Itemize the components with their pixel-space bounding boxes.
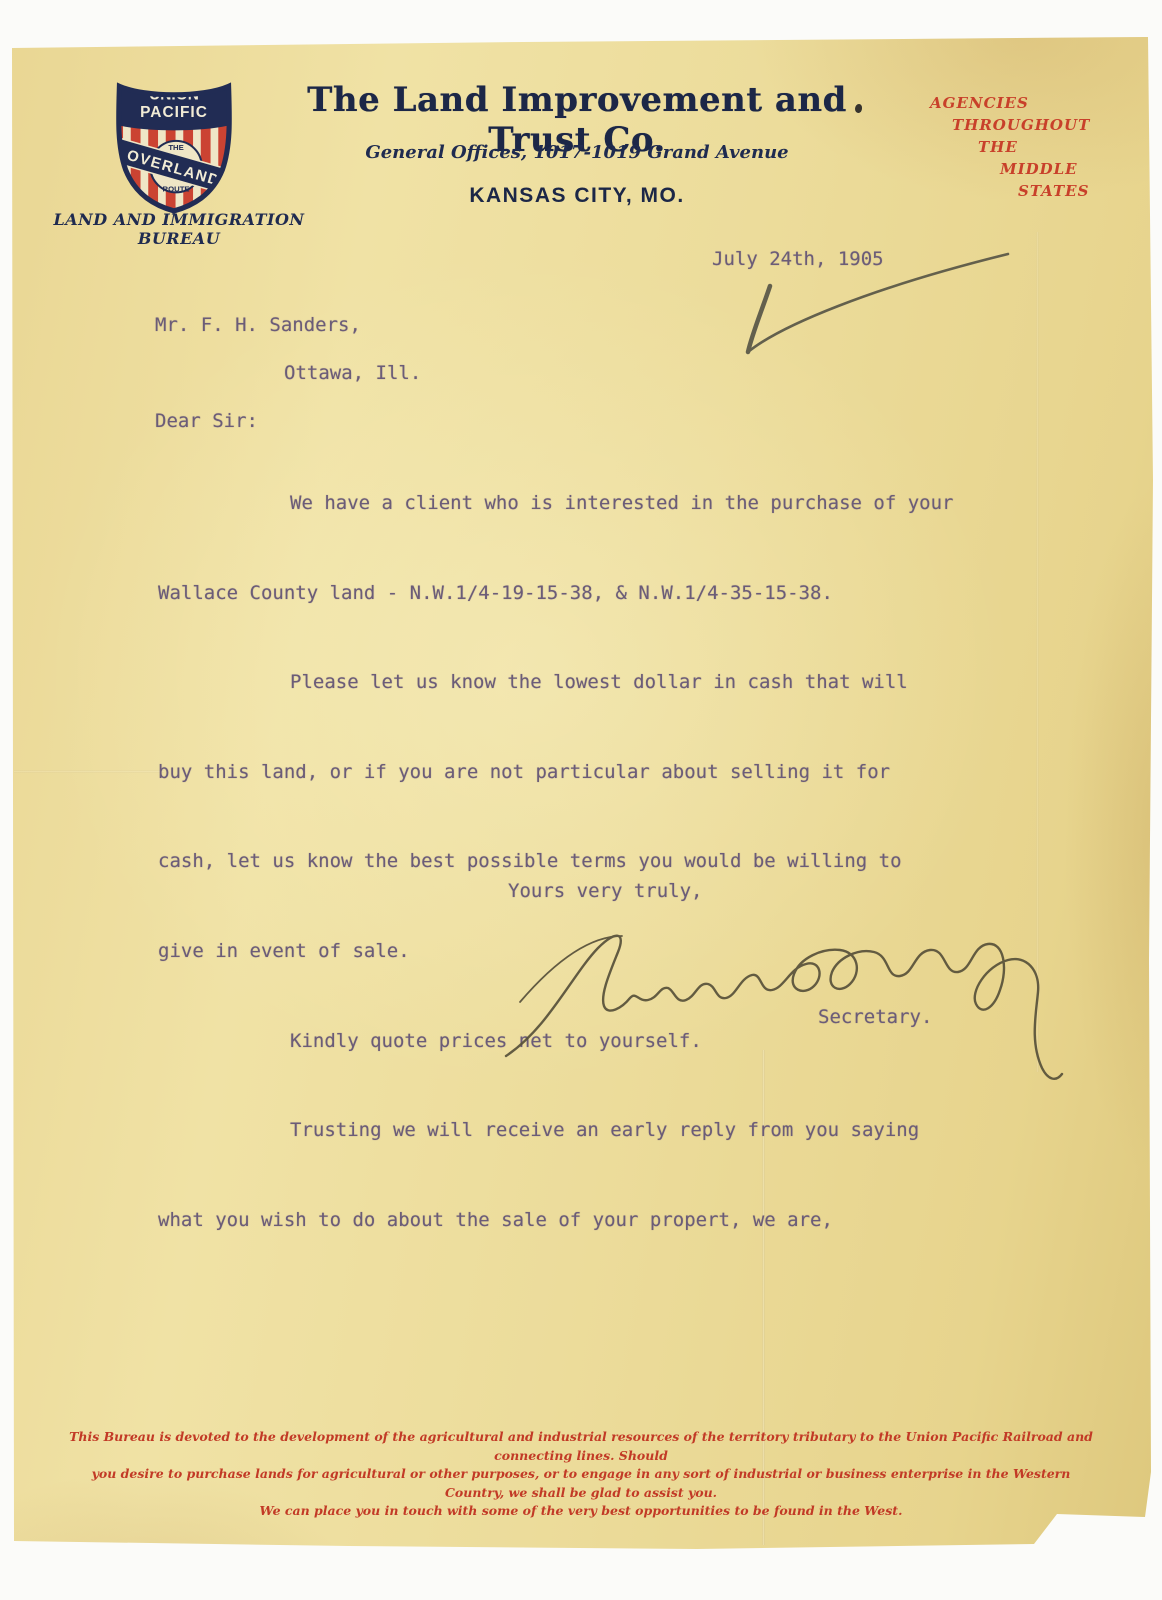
agencies-line: STATES: [1018, 180, 1130, 202]
body-line: Trusting we will receive an early reply …: [158, 1119, 1058, 1165]
letter-paper: UNION PACIFIC THE ROUTE OVERLAND LAND AN…: [0, 0, 1162, 1600]
footer-line: This Bureau is devoted to the developmen…: [66, 1428, 1096, 1465]
body-line: We have a client who is interested in th…: [158, 492, 1058, 538]
recipient-city: Ottawa, Ill.: [284, 362, 421, 384]
scanned-letter: UNION PACIFIC THE ROUTE OVERLAND LAND AN…: [0, 0, 1162, 1600]
svg-text:THE: THE: [168, 143, 183, 152]
body-line: Please let us know the lowest dollar in …: [158, 671, 1058, 717]
agencies-line: THROUGHOUT: [952, 114, 1130, 136]
body-line: Kindly quote prices net to yourself.: [158, 1030, 1058, 1076]
letter-body: We have a client who is interested in th…: [158, 448, 1058, 1298]
city-line: KANSAS CITY, MO.: [262, 184, 892, 208]
footer-line: We can place you in touch with some of t…: [66, 1502, 1096, 1521]
recipient-name: Mr. F. H. Sanders,: [155, 314, 361, 336]
svg-text:ROUTE: ROUTE: [163, 184, 190, 193]
agencies-line: MIDDLE: [1000, 158, 1130, 180]
salutation: Dear Sir:: [155, 410, 258, 432]
bureau-caption: LAND AND IMMIGRATION BUREAU: [46, 210, 312, 248]
signature-title: Secretary.: [818, 1006, 932, 1028]
bureau-line2: BUREAU: [46, 229, 312, 248]
fold-crease-left: [14, 770, 164, 773]
complimentary-close: Yours very truly,: [508, 880, 702, 902]
body-line: buy this land, or if you are not particu…: [158, 761, 1058, 807]
letter-date: July 24th, 1905: [712, 248, 884, 270]
body-line: give in event of sale.: [158, 940, 1058, 986]
body-line: what you wish to do about the sale of yo…: [158, 1209, 1058, 1255]
svg-text:PACIFIC: PACIFIC: [140, 104, 208, 121]
shield-icon: UNION PACIFIC THE ROUTE OVERLAND: [112, 76, 236, 214]
agencies-notice: AGENCIES THROUGHOUT THE MIDDLE STATES: [930, 92, 1130, 202]
bureau-line1: LAND AND IMMIGRATION: [46, 210, 312, 229]
footer-line: you desire to purchase lands for agricul…: [66, 1465, 1096, 1502]
union-pacific-shield-logo: UNION PACIFIC THE ROUTE OVERLAND: [112, 76, 236, 218]
body-line: Wallace County land - N.W.1/4-19-15-38, …: [158, 582, 1058, 628]
agencies-line: AGENCIES: [930, 92, 1130, 114]
bureau-footer-notice: This Bureau is devoted to the developmen…: [66, 1428, 1096, 1521]
agencies-line: THE: [978, 136, 1130, 158]
offices-address: General Offices, 1017-1019 Grand Avenue: [262, 142, 892, 163]
